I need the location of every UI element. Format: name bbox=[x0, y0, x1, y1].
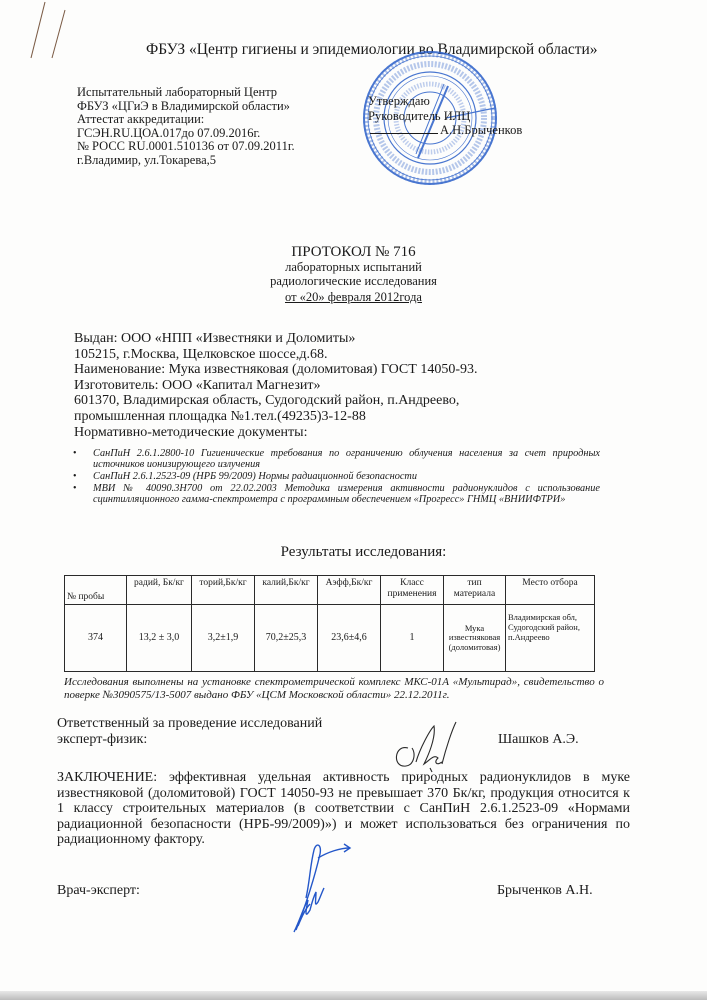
table-header-row: № пробы радий, Бк/кг торий,Бк/кг калий,Б… bbox=[65, 576, 595, 605]
method-note: Исследования выполнены на установке спек… bbox=[64, 676, 604, 702]
issued-line: 601370, Владимирская область, Судогодски… bbox=[74, 393, 477, 409]
column-header: радий, Бк/кг bbox=[127, 576, 192, 605]
responsible-role: эксперт-физик: bbox=[57, 732, 322, 748]
list-item: СанПиН 2.6.1.2523-09 (НРБ 99/2009) Нормы… bbox=[70, 471, 600, 482]
results-table: № пробы радий, Бк/кг торий,Бк/кг калий,Б… bbox=[64, 575, 595, 672]
cell-thorium: 3,2±1,9 bbox=[192, 605, 255, 672]
protocol-subtitle: радиологические исследования bbox=[0, 275, 707, 289]
signature-icon bbox=[390, 718, 460, 773]
cell-sampling-place: Владимирская обл, Судогодский район, п.А… bbox=[506, 605, 595, 672]
protocol-header: ПРОТОКОЛ № 716 лабораторных испытаний ра… bbox=[0, 244, 707, 306]
organization-title: ФБУЗ «Центр гигиены и эпидемиологии во В… bbox=[0, 41, 707, 59]
normative-documents-list: СанПиН 2.6.1.2800-10 Гигиенические требо… bbox=[70, 448, 600, 506]
issued-line: промышленная площадка №1.тел.(49235)3-12… bbox=[74, 409, 477, 425]
list-item: СанПиН 2.6.1.2800-10 Гигиенические требо… bbox=[70, 448, 600, 470]
signature-icon bbox=[270, 840, 380, 940]
lab-line: ФБУЗ «ЦГиЭ в Владимирской области» bbox=[77, 100, 295, 114]
lab-line: г.Владимир, ул.Токарева,5 bbox=[77, 154, 295, 168]
lab-line: № РОСС RU.0001.510136 от 07.09.2011г. bbox=[77, 140, 295, 154]
issued-line: Изготовитель: ООО «Капитал Магнезит» bbox=[74, 378, 477, 394]
responsible-label: Ответственный за проведение исследований bbox=[57, 716, 322, 732]
cell-class: 1 bbox=[381, 605, 444, 672]
approval-line: Утверждаю bbox=[368, 94, 522, 109]
results-title: Результаты исследования: bbox=[0, 544, 707, 561]
column-header: калий,Бк/кг bbox=[255, 576, 318, 605]
cell-a-eff: 23,6±4,6 bbox=[318, 605, 381, 672]
column-header: № пробы bbox=[65, 576, 127, 605]
lab-line: Испытательный лабораторный Центр bbox=[77, 86, 295, 100]
cell-radium: 13,2 ± 3,0 bbox=[127, 605, 192, 672]
page-edge-shadow bbox=[0, 991, 707, 1000]
list-item: МВИ № 40090.3Н700 от 22.02.2003 Методика… bbox=[70, 483, 600, 505]
column-header: тип материала bbox=[444, 576, 506, 605]
responsible-block: Ответственный за проведение исследований… bbox=[57, 716, 322, 748]
doctor-label: Врач-эксперт: bbox=[57, 883, 140, 899]
column-header: Класс применения bbox=[381, 576, 444, 605]
issued-info: Выдан: ООО «НПП «Известняки и Доломиты» … bbox=[74, 331, 477, 440]
cell-sample-no: 374 bbox=[65, 605, 127, 672]
conclusion-text: ЗАКЛЮЧЕНИЕ: эффективная удельная активно… bbox=[57, 770, 630, 848]
lab-line: Аттестат аккредитации: bbox=[77, 113, 295, 127]
signature-line bbox=[370, 123, 438, 134]
protocol-title: ПРОТОКОЛ № 716 bbox=[0, 244, 707, 261]
issued-line: 105215, г.Москва, Щелковское шоссе,д.68. bbox=[74, 347, 477, 363]
column-header: Аэфф,Бк/кг bbox=[318, 576, 381, 605]
protocol-date: от «20» февраля 2012года bbox=[285, 290, 422, 304]
approval-position: Руководитель ИЛЦ bbox=[368, 109, 522, 124]
column-header: Место отбора bbox=[506, 576, 595, 605]
doctor-name: Брыченков А.Н. bbox=[497, 883, 593, 899]
lab-info-block: Испытательный лабораторный Центр ФБУЗ «Ц… bbox=[77, 86, 295, 168]
issued-line: Нормативно-методические документы: bbox=[74, 425, 477, 441]
approval-block: Утверждаю Руководитель ИЛЦ А.Н.Брыченков bbox=[368, 94, 522, 138]
protocol-subtitle: лабораторных испытаний bbox=[0, 261, 707, 275]
column-header: торий,Бк/кг bbox=[192, 576, 255, 605]
cell-potassium: 70,2±25,3 bbox=[255, 605, 318, 672]
issued-line: Наименование: Мука известняковая (доломи… bbox=[74, 362, 477, 378]
approval-signer: А.Н.Брыченков bbox=[440, 123, 522, 137]
issued-line: Выдан: ООО «НПП «Известняки и Доломиты» bbox=[74, 331, 477, 347]
table-row: 374 13,2 ± 3,0 3,2±1,9 70,2±25,3 23,6±4,… bbox=[65, 605, 595, 672]
responsible-name: Шашков А.Э. bbox=[498, 732, 579, 748]
cell-material-type: Мука известняковая (доломитовая) bbox=[444, 605, 506, 672]
lab-line: ГСЭН.RU.ЦОА.017до 07.09.2016г. bbox=[77, 127, 295, 141]
